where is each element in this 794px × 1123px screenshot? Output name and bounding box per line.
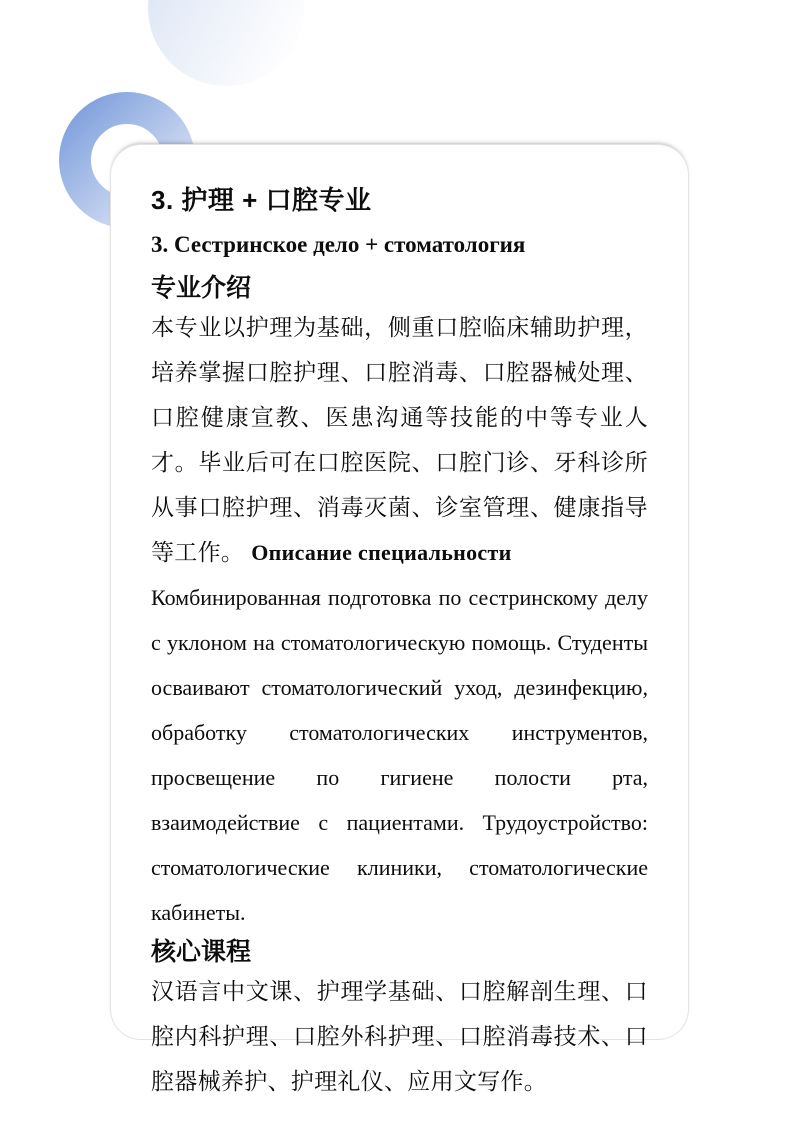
intro-paragraph: 本专业以护理为基础，侧重口腔临床辅助护理，培养掌握口腔护理、口腔消毒、口腔器械处…	[151, 305, 648, 575]
section-heading-courses: 核心课程	[151, 935, 648, 969]
section-heading-intro: 专业介绍	[151, 271, 648, 305]
courses-paragraph: 汉语言中文课、护理学基础、口腔解剖生理、口腔内科护理、口腔外科护理、口腔消毒技术…	[151, 969, 648, 1104]
content-card: 3. 护理 + 口腔专业 3. Сестринское дело + стома…	[111, 145, 688, 1039]
top-light-circle-shape	[148, 0, 304, 86]
intro-heading-ru-inline: Описание специальности	[251, 540, 511, 565]
program-title-zh: 3. 护理 + 口腔专业	[151, 183, 648, 217]
document-page: 3. 护理 + 口腔专业 3. Сестринское дело + стома…	[0, 0, 794, 1123]
description-paragraph-ru: Комбинированная подготовка по сестринско…	[151, 575, 648, 935]
program-title-ru: 3. Сестринское дело + стоматология	[151, 230, 648, 260]
intro-text-zh: 本专业以护理为基础，侧重口腔临床辅助护理，培养掌握口腔护理、口腔消毒、口腔器械处…	[151, 314, 648, 565]
